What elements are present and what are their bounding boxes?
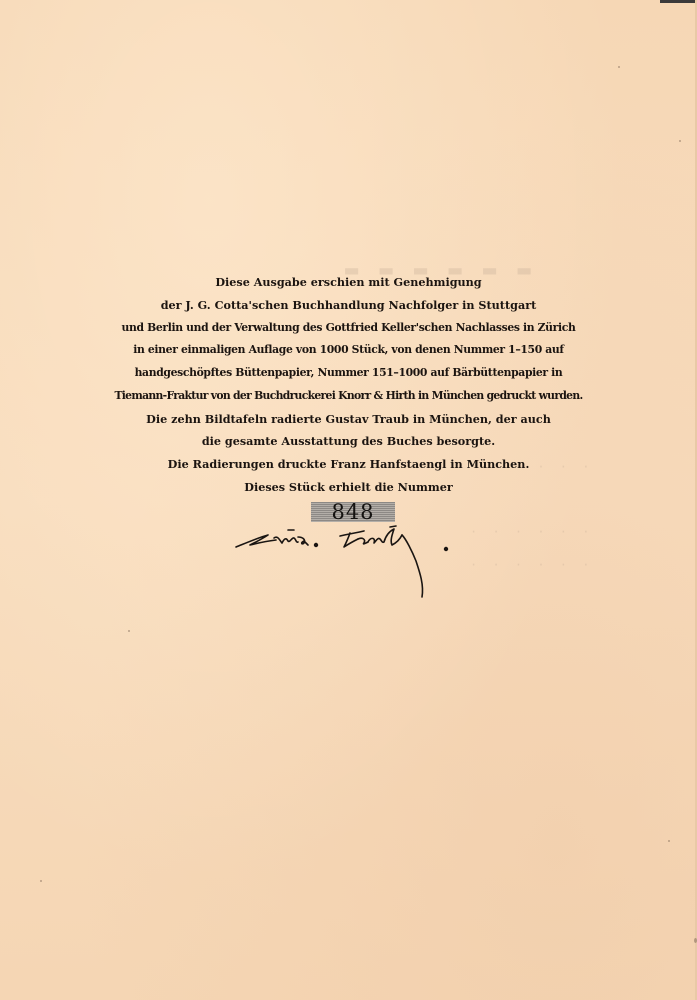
- colophon-line: handgeschöpftes Büttenpapier, Nummer 151…: [0, 362, 697, 385]
- colophon-line: Die Radierungen druckte Franz Hanfstaeng…: [0, 453, 697, 476]
- paper-speck: [618, 66, 620, 68]
- paper-speck: [128, 630, 130, 632]
- colophon-line: Diese Ausgabe erschien mit Genehmigung: [0, 271, 697, 294]
- paper-speck: [40, 880, 42, 882]
- bleed-through-text: · · · · · ·: [470, 525, 593, 539]
- colophon-line: Dieses Stück erhielt die Nummer: [0, 476, 697, 499]
- colophon-line: die gesamte Ausstattung des Buches besor…: [0, 430, 697, 453]
- colophon-line: und Berlin und der Verwaltung des Gottfr…: [0, 317, 697, 340]
- bleed-through-text: · · · · · ·: [470, 558, 593, 572]
- paper-speck: [668, 840, 670, 842]
- colophon-line: Die zehn Bildtafeln radierte Gustav Trau…: [0, 408, 697, 431]
- copy-number: 848: [331, 502, 374, 522]
- scan-edge: [660, 0, 697, 3]
- paper-speck: [679, 140, 681, 142]
- book-page: ▬ ▬ ▬ ▬ ▬ ▬ · · · · · · · · · · · · · · …: [0, 0, 697, 1000]
- signature: [232, 525, 462, 600]
- colophon-line: Tiemann-Fraktur von der Buchdruckerei Kn…: [0, 385, 697, 408]
- colophon-text: Diese Ausgabe erschien mit Genehmigung d…: [0, 271, 697, 499]
- copy-number-box: 848: [311, 502, 395, 522]
- colophon-line: in einer einmaligen Auflage von 1000 Stü…: [0, 339, 697, 362]
- colophon-line: der J. G. Cotta'schen Buchhandlung Nachf…: [0, 294, 697, 317]
